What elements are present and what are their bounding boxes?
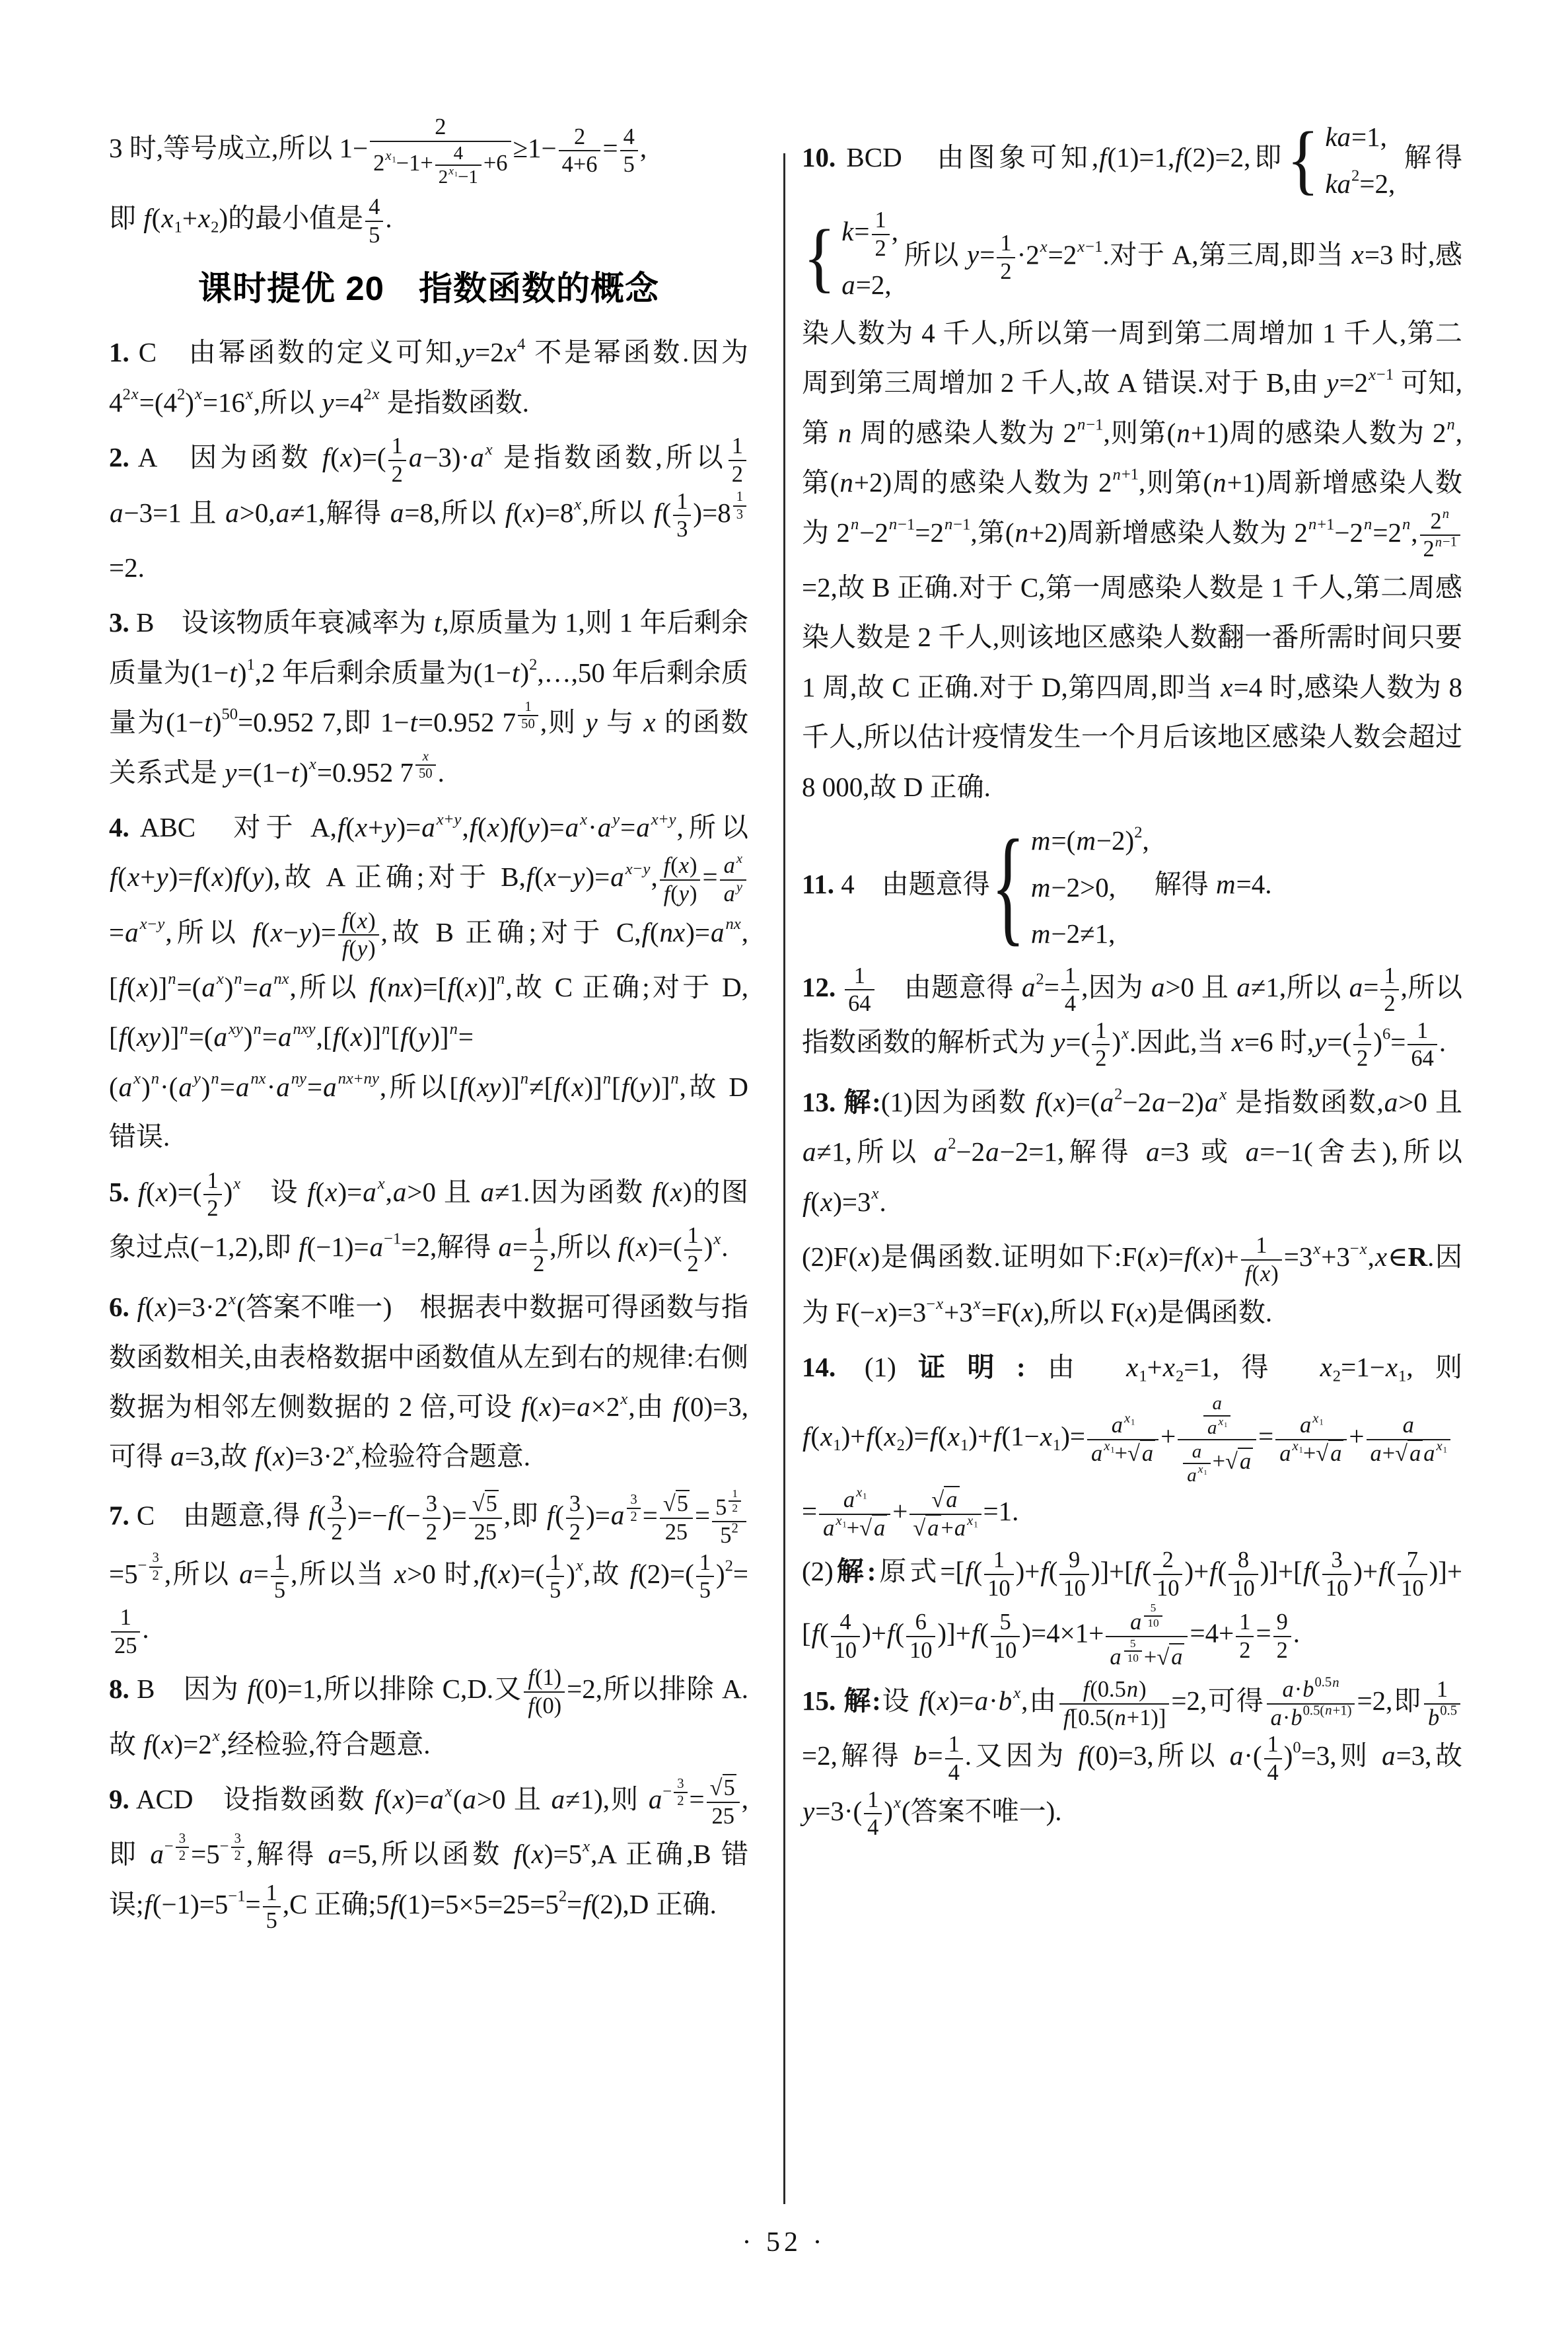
fraction: a·b0.5na·b0.5(n+1) xyxy=(1267,1676,1355,1731)
fraction: 12 xyxy=(203,1167,221,1222)
answer-item: 4. ABC 对于 A,f(x+y)=ax+y,f(x)f(y)=ax·ay=a… xyxy=(109,803,748,1162)
left-brace: { xyxy=(803,223,836,293)
fraction: aax1 xyxy=(1203,1392,1230,1438)
fraction: 710 xyxy=(1398,1547,1427,1602)
fraction: aa+√aax1 xyxy=(1367,1412,1450,1467)
section-title: 课时提优 20 指数函数的概念 xyxy=(109,267,748,311)
answer-item: 7. C 由题意,得 f(32)=−f(−32)=√525,即 f(32)=a3… xyxy=(109,1487,748,1659)
radical: √5 xyxy=(710,1774,736,1800)
fraction: 45 xyxy=(620,124,638,178)
fraction: √a√a+ax1 xyxy=(909,1487,981,1541)
fraction: 13 xyxy=(733,489,746,523)
answer-item: 6. f(x)=3·2x(答案不唯一) 根据表中数据可得函数与指数函数相关,由表… xyxy=(109,1282,748,1482)
radical: √a xyxy=(1157,1643,1184,1670)
radical: √a xyxy=(913,1514,941,1541)
fraction: axay xyxy=(720,852,746,907)
answer-item: 5. f(x)=(12)x 设 f(x)=ax,a>0 且 a≠1.因为函数 f… xyxy=(109,1167,748,1278)
fraction: 12 xyxy=(530,1222,548,1277)
fraction: f(1)f(0) xyxy=(524,1664,565,1719)
fraction: aax1aax1+√a xyxy=(1178,1392,1256,1487)
fraction: 32 xyxy=(231,1831,244,1864)
fraction: f(0.5n)f[0.5(n+1)] xyxy=(1059,1676,1169,1731)
fraction: 125 xyxy=(111,1604,140,1659)
fraction: 14 xyxy=(1061,963,1079,1017)
answer-item: 3 时,等号成立,所以 1−22x1−1+42x1−1+6≥1−24+6=45, xyxy=(109,114,748,188)
fraction: f(x)f(y) xyxy=(660,852,701,907)
column-divider xyxy=(783,153,785,2204)
answer-item: 13. 解:(1)因为函数 f(x)=(a2−2a−2)ax 是指数函数,a>0… xyxy=(802,1078,1462,1227)
answer-item: 11. 4 由题意得{m=(m−2)2,m−2>0,m−2≠1,解得 m=4. xyxy=(802,817,1462,957)
fraction: 410 xyxy=(831,1609,860,1664)
radical: √a xyxy=(1225,1448,1253,1474)
fraction: f(x)f(y) xyxy=(338,908,379,963)
fraction: 610 xyxy=(906,1609,935,1664)
answer-item: 12. 164 由题意得 a2=14,因为 a>0 且 a≠1,所以 a=12,… xyxy=(802,963,1462,1073)
fraction: 12 xyxy=(1236,1609,1254,1664)
right-column: 10. BCD 由图象可知,f(1)=1,f(2)=2,即{ka=1,ka2=2… xyxy=(802,114,1462,1847)
answer-item: 即 f(x1+x2)的最小值是45. xyxy=(109,194,748,248)
fraction: √525 xyxy=(707,1775,740,1829)
fraction: 1f(x) xyxy=(1241,1232,1282,1287)
fraction: 32 xyxy=(566,1491,584,1545)
answer-item: 3. B 设该物质年衰减率为 t,原质量为 1,则 1 年后剩余质量为(1−t)… xyxy=(109,598,748,797)
fraction: a510a510+√a xyxy=(1106,1602,1188,1671)
answers-left: 1. C 由幂函数的定义可知,y=2x4 不是幂函数.因为 42x=(42)x=… xyxy=(109,328,748,1935)
fraction: 32 xyxy=(674,1776,687,1810)
left-brace: { xyxy=(991,829,1025,945)
fraction: 810 xyxy=(1229,1547,1258,1602)
answer-item: 15. 解:设 f(x)=a·bx,由f(0.5n)f[0.5(n+1)]=2,… xyxy=(802,1676,1462,1841)
fraction: √525 xyxy=(469,1491,502,1545)
fraction: 32 xyxy=(627,1492,640,1526)
fraction: 14 xyxy=(945,1731,963,1786)
fraction: x50 xyxy=(415,749,436,782)
radical: √a xyxy=(1127,1440,1155,1466)
answer-item: (2)解:原式=[f(110)+f(910)]+[f(210)+f(810)]+… xyxy=(802,1547,1462,1671)
fraction: 12 xyxy=(388,433,406,488)
answer-item: 2. A 因为函数 f(x)=(12a−3)·ax 是指数函数,所以12a−3=… xyxy=(109,433,748,593)
fraction: 510 xyxy=(991,1609,1020,1664)
fraction: 510 xyxy=(1144,1602,1162,1630)
answers-right: 10. BCD 由图象可知,f(1)=1,f(2)=2,即{ka=1,ka2=2… xyxy=(802,114,1462,1841)
fraction: ax1ax1+√a xyxy=(1087,1412,1158,1467)
radical: √5 xyxy=(472,1490,499,1516)
fraction: 150 xyxy=(518,699,538,733)
fraction: 510 xyxy=(1124,1637,1142,1666)
fraction: 42x1−1 xyxy=(435,142,481,188)
fraction: 2n2n−1 xyxy=(1420,508,1461,563)
answer-item: 10. BCD 由图象可知,f(1)=1,f(2)=2,即{ka=1,ka2=2… xyxy=(802,114,1462,812)
fraction: 15 xyxy=(696,1549,714,1604)
answer-item: 9. ACD 设指数函数 f(x)=ax(a>0 且 a≠1),则 a−32=√… xyxy=(109,1775,748,1935)
answer-item: (2)F(x)是偶函数.证明如下:F(x)=f(x)+1f(x)=3x+3−x,… xyxy=(802,1232,1462,1337)
fraction: 910 xyxy=(1059,1547,1088,1602)
fraction: 15 xyxy=(263,1880,281,1935)
fraction: 164 xyxy=(845,963,874,1017)
radical: √a xyxy=(931,1486,959,1512)
answer-item: 14. (1)证明:由 x1+x2=1,得 x2=1−x1,则 f(x1)+f(… xyxy=(802,1343,1462,1541)
fraction: 32 xyxy=(328,1491,345,1545)
cases-system: {k=12,a=2, xyxy=(803,207,898,309)
fraction: 15 xyxy=(546,1549,564,1604)
fraction: √525 xyxy=(660,1491,693,1545)
radical: √a xyxy=(1316,1440,1343,1466)
fraction: 12 xyxy=(1092,1017,1110,1072)
answer-item: 1. C 由幂函数的定义可知,y=2x4 不是幂函数.因为 42x=(42)x=… xyxy=(109,328,748,427)
fraction: 110 xyxy=(984,1547,1013,1602)
fraction: ax1ax1+√a xyxy=(1275,1412,1347,1467)
fraction: 310 xyxy=(1322,1547,1351,1602)
fraction: 12 xyxy=(997,230,1015,285)
fraction: 210 xyxy=(1153,1547,1182,1602)
radical: √5 xyxy=(663,1490,690,1516)
fraction: 15 xyxy=(271,1549,289,1604)
page-number: · 52 · xyxy=(0,2217,1568,2268)
left-column: 3 时,等号成立,所以 1−22x1−1+42x1−1+6≥1−24+6=45,… xyxy=(109,114,748,1940)
fraction: 22x1−1+42x1−1+6 xyxy=(370,114,511,188)
fraction: 12 xyxy=(1380,963,1398,1017)
left-brace: { xyxy=(1287,125,1319,195)
fraction: 45 xyxy=(365,194,383,248)
continuation-block: 3 时,等号成立,所以 1−22x1−1+42x1−1+6≥1−24+6=45,… xyxy=(109,114,748,248)
fraction: 32 xyxy=(149,1550,162,1584)
radical: √a xyxy=(1395,1440,1423,1466)
fraction: 32 xyxy=(176,1831,189,1864)
answer-item: 8. B 因为 f(0)=1,所以排除 C,D.又f(1)f(0)=2,所以排除… xyxy=(109,1664,748,1769)
fraction: 12 xyxy=(729,433,746,488)
fraction: 12 xyxy=(684,1222,702,1277)
cases-system: {m=(m−2)2,m−2>0,m−2≠1, xyxy=(991,817,1149,957)
fraction: 14 xyxy=(864,1787,882,1841)
fraction: 14 xyxy=(1264,1731,1282,1786)
fraction: aax1 xyxy=(1183,1440,1210,1487)
fraction: ax1ax1+√a xyxy=(819,1487,890,1541)
radical: √a xyxy=(859,1514,887,1541)
cases-system: {ka=1,ka2=2, xyxy=(1287,114,1395,207)
fraction: 51252 xyxy=(712,1487,746,1549)
fraction: 24+6 xyxy=(559,124,601,178)
fraction: 13 xyxy=(673,488,691,543)
fraction: 12 xyxy=(729,1487,741,1516)
fraction: 12 xyxy=(872,207,890,262)
fraction: 32 xyxy=(423,1491,441,1545)
fraction: 92 xyxy=(1273,1609,1291,1664)
fraction: 1b0.5 xyxy=(1424,1676,1460,1731)
fraction: 164 xyxy=(1408,1017,1437,1072)
fraction: 12 xyxy=(1353,1017,1371,1072)
